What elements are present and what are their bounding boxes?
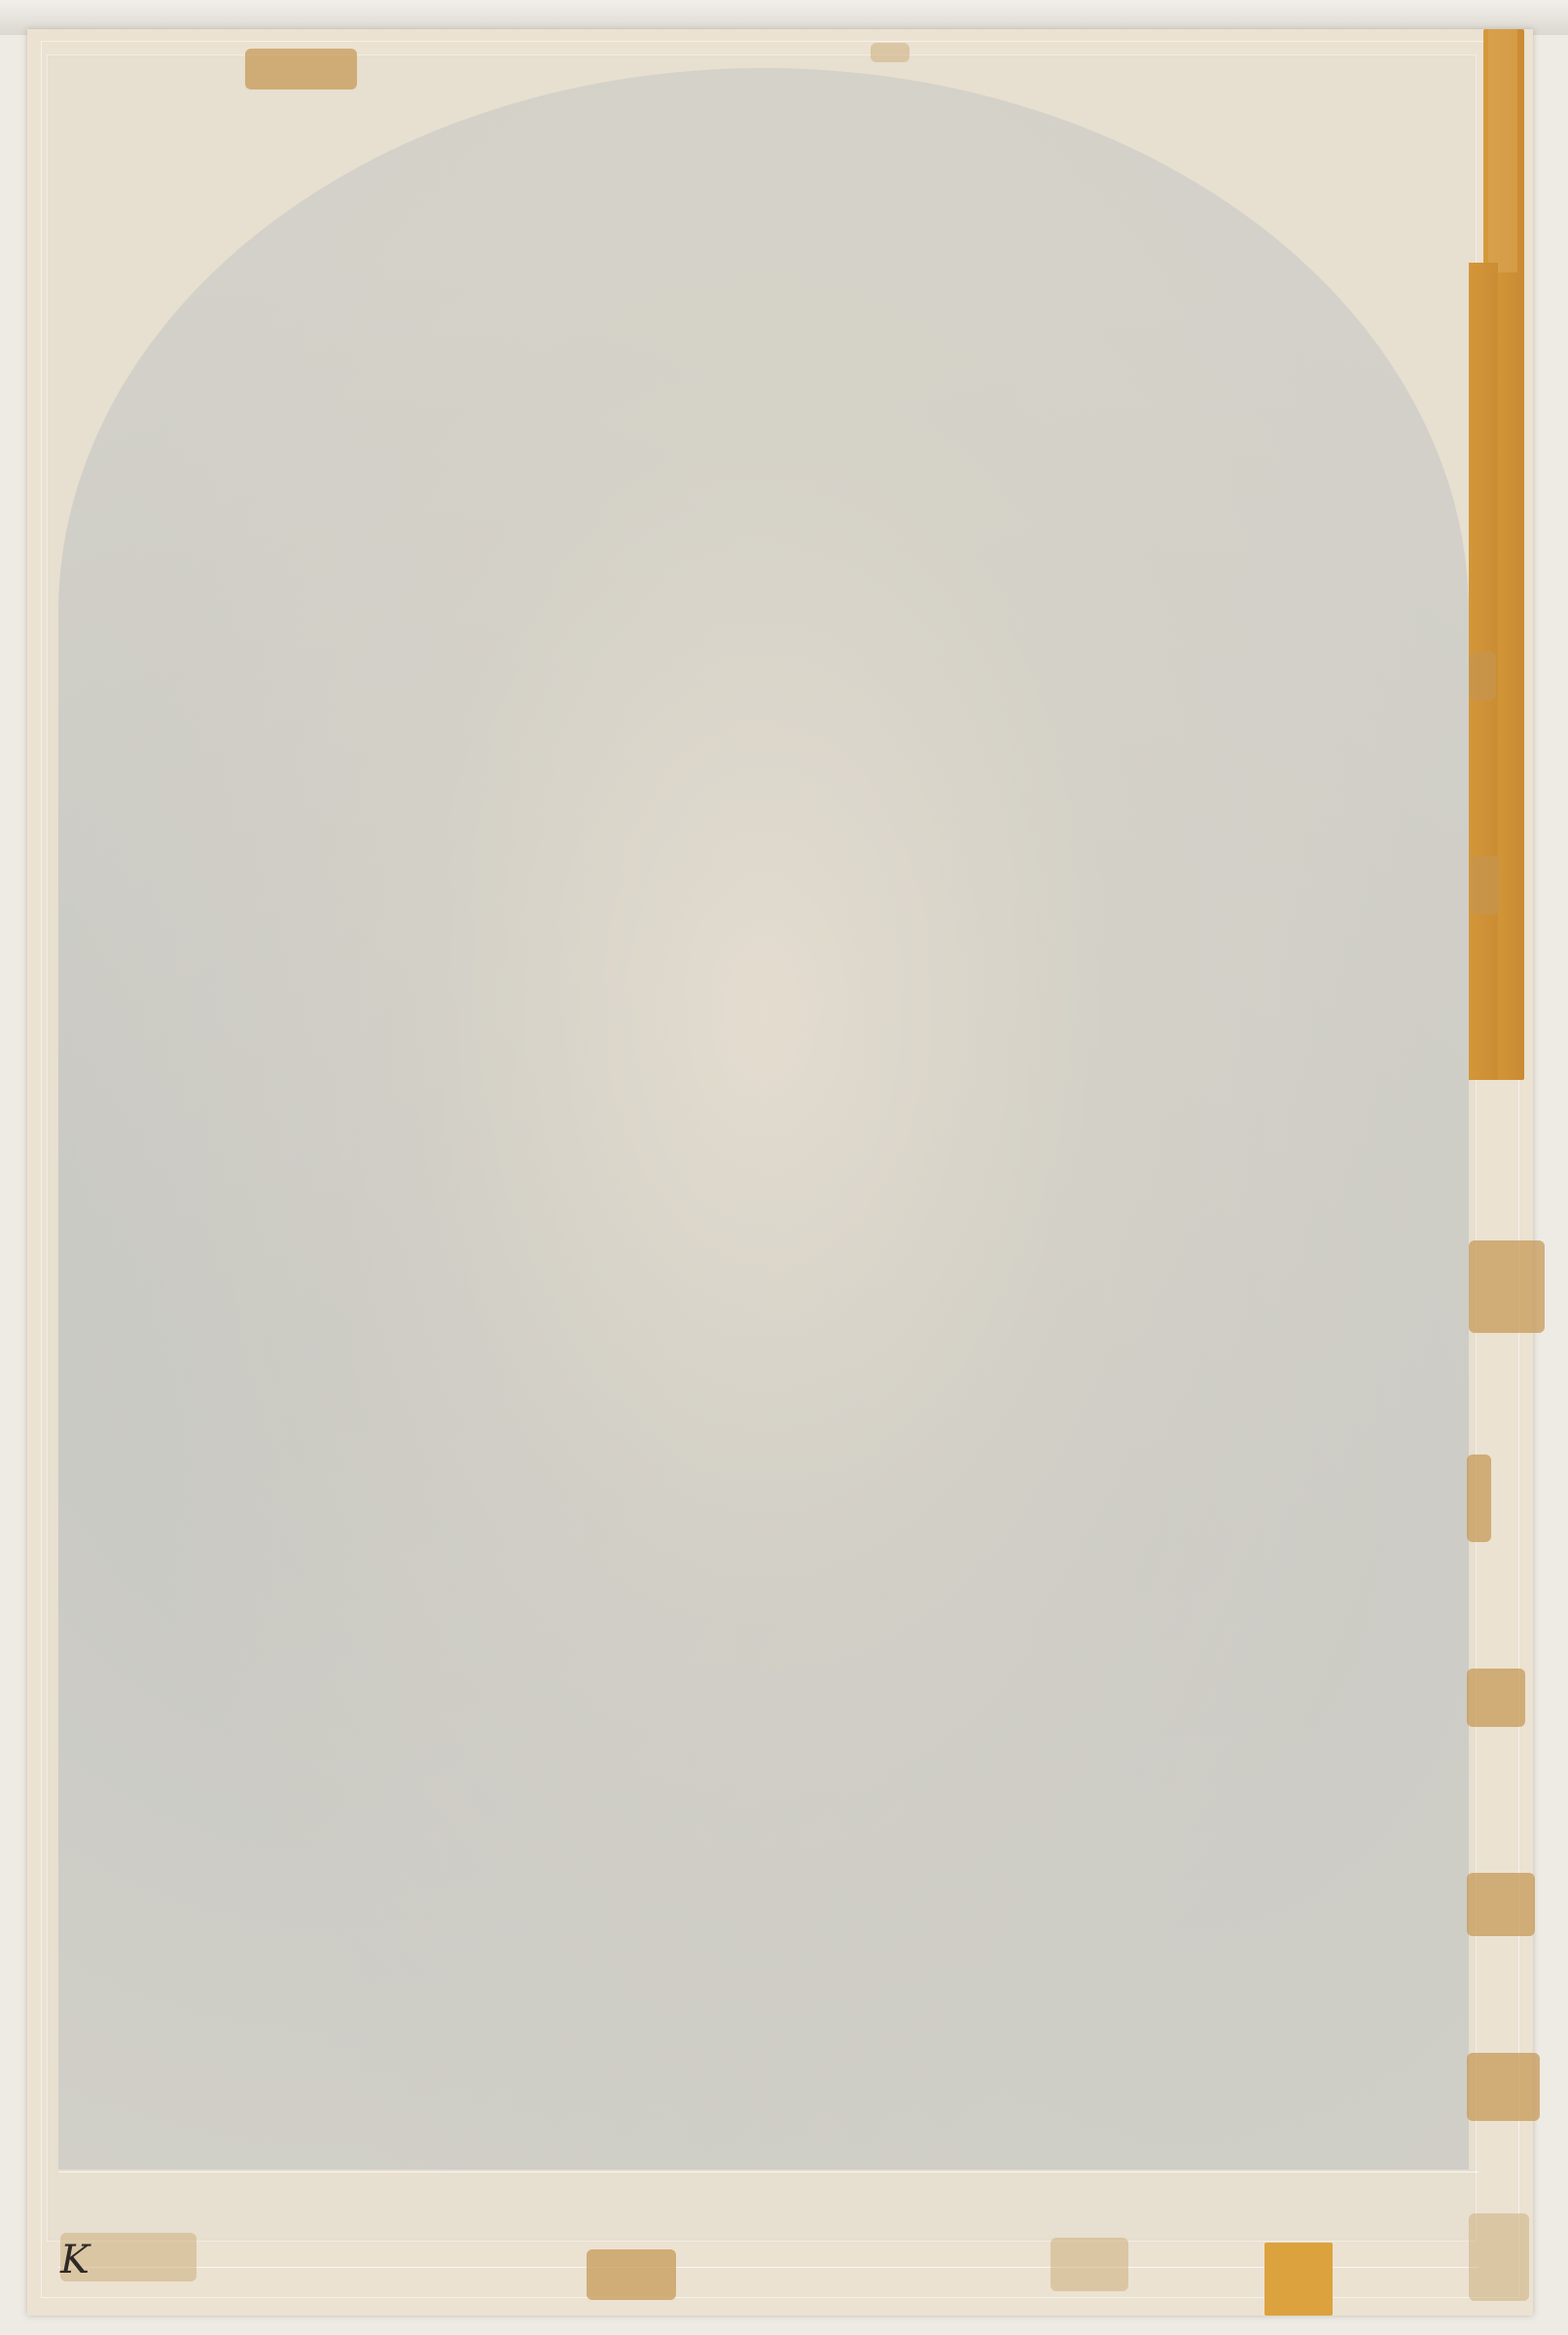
hinge-tab-right-5: [1467, 1669, 1525, 1727]
hinge-tab-right-8: [1469, 2213, 1529, 2301]
hinge-tab-right-2: [1471, 856, 1500, 915]
hinge-tab-top-left: [245, 49, 357, 90]
hinge-tab-right-1: [1469, 652, 1496, 700]
hinge-tab-right-7: [1467, 2053, 1540, 2121]
hinge-tab-right-6: [1467, 1873, 1535, 1936]
hinge-tab-bottom-center: [587, 2249, 676, 2300]
hinge-tab-right-4: [1467, 1455, 1491, 1542]
hinge-tab-top-center: [871, 43, 909, 62]
handwritten-mark: K: [60, 2238, 89, 2282]
amber-tape-highlight: [1488, 29, 1517, 272]
arched-tissue-panel: [58, 68, 1469, 2170]
bottom-crease: [58, 2172, 1479, 2173]
hinge-tab-right-3: [1469, 1240, 1545, 1333]
amber-tape-bottom: [1265, 2243, 1333, 2316]
hinge-tab-bottom-right: [1051, 2238, 1128, 2291]
